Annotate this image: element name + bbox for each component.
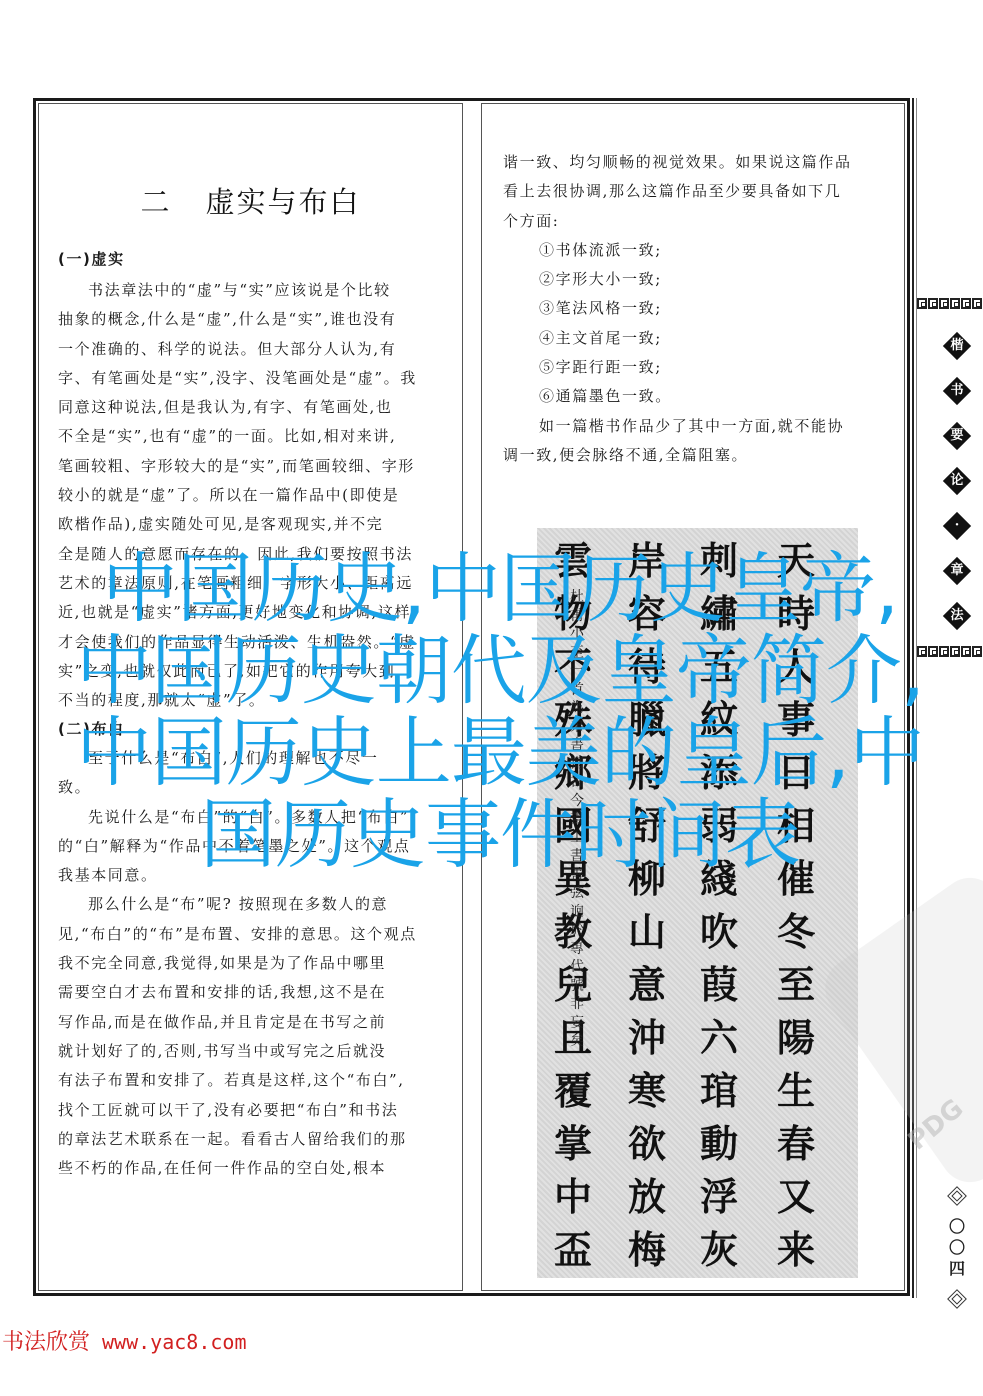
- series-title-diamond: 要: [944, 423, 970, 449]
- chapter-title: 二虚实与布白: [38, 180, 463, 221]
- text-line: 找个工匠就可以干了,没有必要把“布白”和书法: [58, 1096, 443, 1125]
- text-line: 那么什么是“布”呢? 按照现在多数人的意: [58, 890, 443, 919]
- text-line: 同意这种说法,但是我认为,有字、有笔画处,也: [58, 393, 443, 422]
- calligraphy-char: 意: [628, 958, 666, 1011]
- calligraphy-char: 浮: [700, 1170, 738, 1223]
- footer-credit: 书法欣赏www.yac8.com: [2, 1325, 247, 1356]
- text-line: 些不朽的作品,在任何一件作品的空白处,根本: [58, 1154, 443, 1183]
- text-line: 的章法艺术联系在一起。看看古人留给我们的那: [58, 1125, 443, 1154]
- list-item: ⑤字距行距一致;: [503, 353, 888, 382]
- series-title-diamond: 楷: [944, 333, 970, 359]
- overlay-headline-line: 中国历史上最美的皇后,中: [20, 712, 980, 794]
- page-number-digit: 四: [944, 1260, 970, 1278]
- series-title-diamond: ·: [944, 513, 970, 539]
- calligraphy-char: 六: [700, 1011, 738, 1064]
- text-line: 字、有笔画处是“实”,没字、没笔画处是“虚”。我: [58, 364, 443, 393]
- calligraphy-char: 放: [628, 1170, 666, 1223]
- text-line: 写作品,而是在做作品,并且肯定是在书写之前: [58, 1008, 443, 1037]
- calligraphy-char: 盃: [554, 1223, 592, 1276]
- calligraphy-char: 山: [628, 905, 666, 958]
- text-line: 就计划好了的,否则,书写当中或写完之后就没: [58, 1037, 443, 1066]
- overlay-headline-line: 中国历史朝代及皇帝简介,: [20, 630, 980, 712]
- section-heading-1: (一)虚实: [58, 245, 443, 274]
- page-number-digit: 〇: [944, 1218, 970, 1236]
- text-line: 调一致,便会脉络不通,全篇阻塞。: [503, 441, 888, 470]
- overlay-headline: 中国历史,中国历史皇帝,中国历史朝代及皇帝简介,中国历史上最美的皇后,中国历史事…: [20, 548, 980, 876]
- calligraphy-char: 覆: [554, 1064, 592, 1117]
- overlay-headline-line: 中国历史,中国历史皇帝,: [20, 548, 980, 630]
- calligraphy-char: 琯: [700, 1064, 738, 1117]
- text-line: 抽象的概念,什么是“虚”,什么是“实”,谁也没有: [58, 305, 443, 334]
- text-line: 不全是“实”,也有“虚”的一面。比如,相对来讲,: [58, 422, 443, 451]
- hollow-diamond-icon: [948, 1290, 966, 1308]
- text-line: 个方面:: [503, 207, 888, 236]
- calligraphy-char: 欲: [628, 1117, 666, 1170]
- list-item: ④主文首尾一致;: [503, 324, 888, 353]
- list-item: ③笔法风格一致;: [503, 294, 888, 323]
- chapter-title-text: 虚实与布白: [206, 185, 361, 219]
- text-line: 一个准确的、科学的说法。但大部分人认为,有: [58, 335, 443, 364]
- text-line: 看上去很协调,那么这篇作品至少要具备如下几: [503, 177, 888, 206]
- list-item: ②字形大小一致;: [503, 265, 888, 294]
- text-line: 谐一致、均匀顺畅的视觉效果。如果说这篇作品: [503, 148, 888, 177]
- list-item: ⑥通篇墨色一致。: [503, 382, 888, 411]
- text-line: 有法子布置和安排了。若真是这样,这个“布白”,: [58, 1066, 443, 1095]
- series-title-diamond: 论: [944, 468, 970, 494]
- calligraphy-char: 冬: [777, 905, 815, 958]
- right-page-body: 谐一致、均匀顺畅的视觉效果。如果说这篇作品看上去很协调,那么这篇作品至少要具备如…: [503, 148, 888, 470]
- series-title-diamond: 书: [944, 378, 970, 404]
- text-line: 见,“布白”的“布”是布置、安排的意思。这个观点: [58, 920, 443, 949]
- page-number-digit: 〇: [944, 1239, 970, 1257]
- calligraphy-char: 寒: [628, 1064, 666, 1117]
- calligraphy-char: 灰: [700, 1223, 738, 1276]
- text-line: 我不完全同意,我觉得,如果是为了作品中哪里: [58, 949, 443, 978]
- calligraphy-char: 梅: [628, 1223, 666, 1276]
- text-line: 笔画较粗、字形较大的是“实”,而笔画较细、字形: [58, 452, 443, 481]
- hollow-diamond-icon: [948, 1187, 966, 1205]
- text-line: 书法章法中的“虚”与“实”应该说是个比较: [58, 276, 443, 305]
- chapter-number: 二: [140, 185, 171, 219]
- calligraphy-char: 中: [554, 1170, 592, 1223]
- calligraphy-char: 沖: [628, 1011, 666, 1064]
- overlay-headline-line: 国历史事件时间表: [20, 794, 980, 876]
- greek-key-band-top: [917, 298, 983, 312]
- calligraphy-char: 又: [777, 1170, 815, 1223]
- calligraphy-char: 吹: [700, 905, 738, 958]
- text-line: 较小的就是“虚”了。所以在一篇作品中(即使是: [58, 481, 443, 510]
- calligraphy-char: 動: [700, 1117, 738, 1170]
- text-line: 需要空白才去布置和安排的话,我想,这不是在: [58, 978, 443, 1007]
- list-item: ①书体流派一致;: [503, 236, 888, 265]
- calligraphy-char: 来: [777, 1223, 815, 1276]
- calligraphy-char: 生: [777, 1064, 815, 1117]
- footer-site-name: 书法欣赏: [2, 1330, 90, 1355]
- calligraphy-char: 掌: [554, 1117, 592, 1170]
- text-line: 欧楷作品),虚实随处可见,是客观现实,并不完: [58, 510, 443, 539]
- calligraphy-char: 陽: [777, 1011, 815, 1064]
- calligraphy-char: 春: [777, 1117, 815, 1170]
- text-line: 如一篇楷书作品少了其中一方面,就不能协: [503, 412, 888, 441]
- calligraphy-char: 葭: [700, 958, 738, 1011]
- footer-url[interactable]: www.yac8.com: [102, 1330, 247, 1354]
- calligraphy-char: 至: [777, 958, 815, 1011]
